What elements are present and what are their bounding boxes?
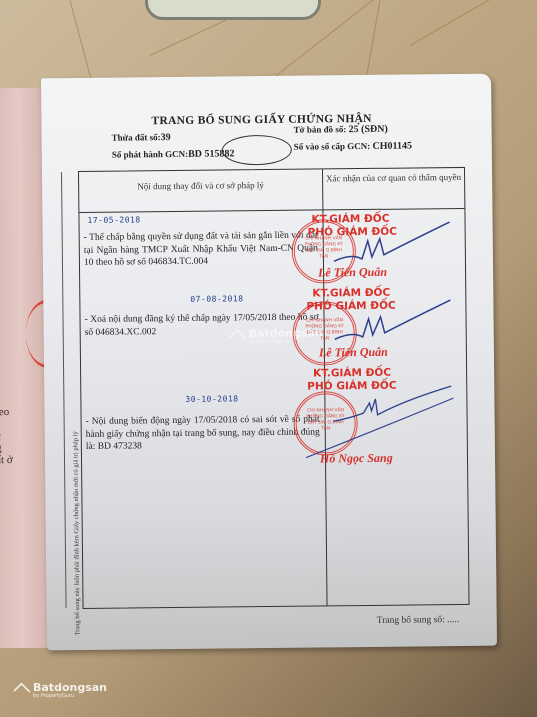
sheet-text-line: theo — [0, 406, 9, 418]
page-number-note: Trang bổ sung số: ..... — [377, 615, 459, 626]
handwritten-circle — [222, 135, 292, 166]
entry-text: - Thể chấp bằng quyền sử dụng đất và tài… — [84, 229, 318, 269]
sheet-text-line: đất ở — [0, 454, 13, 466]
brand-logo-icon — [14, 682, 31, 699]
watermark-center: Batdongsan by PropertyGuru — [230, 327, 323, 345]
entry-date: 17-05-2018 — [87, 215, 140, 225]
map-sheet-number: Tờ bản đồ số: 25 (SĐN) — [294, 124, 388, 136]
marble-vein — [366, 0, 381, 79]
marble-vein — [410, 0, 506, 46]
supplement-page: TRANG BỔ SUNG GIẤY CHỨNG NHẬN Thửa đất s… — [41, 74, 497, 651]
entry-text: - Nội dung biến động ngày 17/05/2018 có … — [86, 413, 320, 453]
brand-logo-icon — [229, 328, 246, 345]
seal-title: KT.GIÁM ĐỐC — [313, 367, 391, 380]
issue-number: Số phát hành GCN:BD 515882 — [112, 148, 235, 160]
column-header-content: Nội dung thay đổi và cơ sở pháp lý — [79, 179, 322, 192]
watermark-brand: Batdongsan — [249, 327, 323, 339]
signature — [303, 380, 464, 462]
column-header-confirmation: Xác nhận của cơ quan có thẩm quyền — [323, 171, 464, 184]
marble-vein — [150, 17, 232, 56]
issue-label: Số phát hành GCN: — [112, 149, 188, 160]
official-seal: CHI NHÁNH VĂN PHÒNG ĐĂNG KÝ ĐẤT ĐAI Q.BÌ… — [293, 366, 464, 458]
map-label: Tờ bản đồ số: — [294, 124, 347, 135]
register-label: Số vào sổ cấp GCN: — [294, 141, 371, 152]
parcel-label: Thửa đất số: — [112, 132, 161, 143]
sheet-text-line: ng — [0, 442, 2, 454]
register-number: Số vào sổ cấp GCN: CH01145 — [294, 140, 412, 152]
margin-note: Trang bổ sung này luôn phải đính kèm Giấ… — [72, 395, 82, 635]
register-value: CH01145 — [372, 140, 412, 151]
entry-date: 30-10-2018 — [185, 394, 238, 404]
signer-name: Lê Tiến Quân — [319, 345, 388, 361]
watermark-brand: Batdongsan — [33, 682, 107, 693]
signer-name: Lê Tiến Quân — [318, 265, 387, 281]
entry-date: 07-08-2018 — [190, 294, 243, 304]
map-value: 25 (SĐN) — [349, 124, 388, 135]
watermark-corner: Batdongsan by PropertyGuru — [14, 682, 107, 699]
device-edge — [145, 0, 321, 20]
parcel-number: Thửa đất số:39 — [112, 132, 171, 144]
sheet-text-line: úc — [0, 430, 1, 442]
marble-vein — [70, 0, 94, 87]
signature — [332, 220, 453, 271]
margin-line — [61, 172, 67, 608]
parcel-value: 39 — [161, 132, 171, 143]
changes-table: Trang bổ sung này luôn phải đính kèm Giấ… — [78, 167, 470, 609]
signature — [332, 296, 453, 347]
signer-name: Hồ Ngọc Sang — [320, 451, 393, 467]
